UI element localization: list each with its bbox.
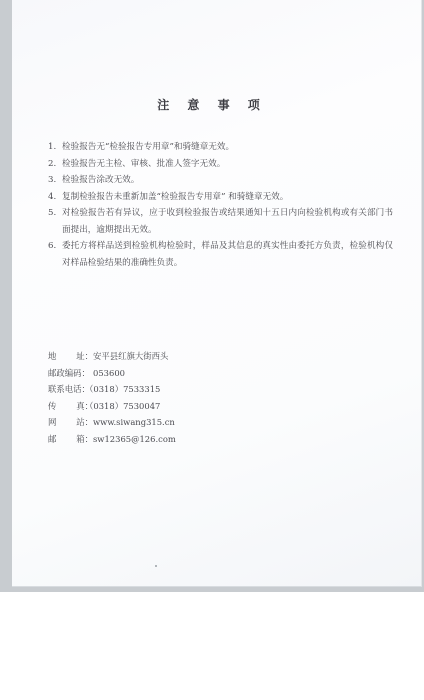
note-item: 6. 委托方将样品送到检验机构检验时，样品及其信息的真实性由委托方负责，检验机构… <box>48 238 393 271</box>
label-char: 站 <box>76 417 84 427</box>
contact-value: （0318）7530047 <box>85 398 160 415</box>
note-text: 对检验报告若有异议，应于收到检验报告或结果通知十五日内向检验机构或有关部门书面提… <box>62 205 393 238</box>
notes-list: 1. 检验报告无“检验报告专用章”和骑缝章无效。 2. 检验报告无主检、审核、批… <box>48 139 393 271</box>
contact-label: 网 站： <box>48 414 93 431</box>
contact-value: www.siwang315.cn <box>93 414 175 431</box>
note-number: 1. <box>48 139 62 156</box>
note-number: 6. <box>48 238 62 271</box>
note-item: 2. 检验报告无主检、审核、批准人签字无效。 <box>48 156 393 173</box>
label-char: 箱 <box>76 434 84 444</box>
contact-postcode: 邮政编码： 053600 <box>48 365 176 382</box>
note-number: 4. <box>48 189 62 206</box>
note-item: 4. 复制检验报告未重新加盖“检验报告专用章” 和骑缝章无效。 <box>48 189 393 206</box>
note-item: 5. 对检验报告若有异议，应于收到检验报告或结果通知十五日内向检验机构或有关部门… <box>48 205 393 238</box>
note-text: 委托方将样品送到检验机构检验时，样品及其信息的真实性由委托方负责，检验机构仅对样… <box>62 238 393 271</box>
contact-value: 053600 <box>93 365 125 382</box>
label-char: 传 <box>48 398 56 415</box>
colon: ： <box>85 351 93 361</box>
label-char: 地 <box>48 348 56 365</box>
note-number: 5. <box>48 205 62 238</box>
label-text: 联系电话 <box>48 381 82 398</box>
contact-website: 网 站： www.siwang315.cn <box>48 414 176 431</box>
note-number: 2. <box>48 156 62 173</box>
note-number: 3. <box>48 172 62 189</box>
note-item: 3. 检验报告涂改无效。 <box>48 172 393 189</box>
contact-value: sw12365@126.com <box>93 431 176 448</box>
note-item: 1. 检验报告无“检验报告专用章”和骑缝章无效。 <box>48 139 393 156</box>
label-char: 真 <box>76 401 84 411</box>
label-char: 址 <box>76 351 84 361</box>
note-text: 检验报告涂改无效。 <box>62 172 393 189</box>
contact-address: 地 址： 安平县红旗大街西头 <box>48 348 176 365</box>
page-title: 注 意 事 项 <box>0 96 424 113</box>
contact-fax: 传 真： （0318）7530047 <box>48 398 176 415</box>
contact-phone: 联系电话： （0318）7533315 <box>48 381 176 398</box>
label-text: 邮政编码 <box>48 365 82 382</box>
note-text: 检验报告无“检验报告专用章”和骑缝章无效。 <box>62 139 393 156</box>
label-char: 邮 <box>48 431 56 448</box>
scan-speck <box>155 565 157 567</box>
document-page <box>12 0 422 587</box>
contact-value: （0318）7533315 <box>85 381 160 398</box>
colon: ： <box>82 365 90 382</box>
note-text: 检验报告无主检、审核、批准人签字无效。 <box>62 156 393 173</box>
contact-label: 邮政编码： <box>48 365 93 382</box>
colon: ： <box>85 417 93 427</box>
note-text: 复制检验报告未重新加盖“检验报告专用章” 和骑缝章无效。 <box>62 189 393 206</box>
label-char: 网 <box>48 414 56 431</box>
contact-email: 邮 箱： sw12365@126.com <box>48 431 176 448</box>
contact-label: 邮 箱： <box>48 431 93 448</box>
contact-value: 安平县红旗大街西头 <box>93 348 168 365</box>
contact-info: 地 址： 安平县红旗大街西头 邮政编码： 053600 联系电话： （0318）… <box>48 348 176 448</box>
colon: ： <box>85 434 93 444</box>
scanned-page-background <box>0 0 424 592</box>
contact-label: 地 址： <box>48 348 93 365</box>
